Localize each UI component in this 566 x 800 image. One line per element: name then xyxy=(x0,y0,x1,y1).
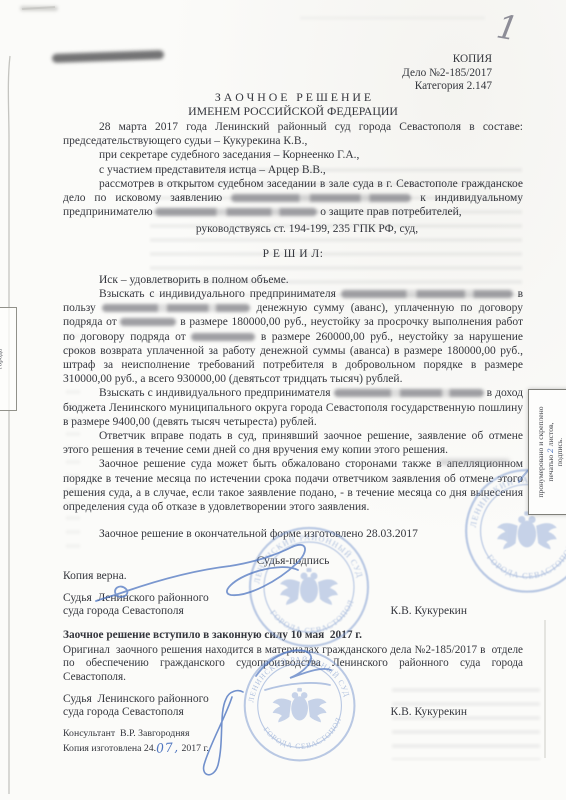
case-intro-text: о защите прав потребителей, xyxy=(320,206,461,218)
document-header: КОПИЯ Дело №2-185/2017 Категория 2.147 xyxy=(402,53,492,94)
binding-stamp-text: пронумеровано и скреплено печатью 2 лист… xyxy=(535,393,564,511)
handwritten-sheet-count: 2 xyxy=(545,448,554,453)
redacted-plaintiff-name xyxy=(102,304,250,312)
scan-smudge xyxy=(20,6,58,11)
signature-row-1: Судья Ленинского районного суда города С… xyxy=(63,592,523,618)
redacted-defendant-name xyxy=(334,389,484,397)
paragraph-defendant-right: Ответчик вправе подать в суд, принявший … xyxy=(63,429,523,457)
case-number: Дело №2-185/2017 xyxy=(402,67,492,81)
binding-stamp-word: листов, xyxy=(545,422,554,446)
judge-title: Судья Ленинского районного суда города С… xyxy=(63,592,209,618)
paragraph-court-composition: 28 марта 2017 года Ленинский районный су… xyxy=(63,120,523,148)
consultant-line: Консультант В.Р. Завгородняя xyxy=(63,728,523,741)
paragraph-appeal-procedure: Заочное решение суда может быть обжалова… xyxy=(63,457,523,514)
scanned-court-decision-page: 1 КОПИЯ Дело №2-185/2017 Категория 2.147… xyxy=(0,0,566,800)
resolution-heading: Р Е Ш И Л: xyxy=(63,247,523,261)
document-subtitle: ИМЕНЕМ РОССИЙСКОЙ ФЕДЕРАЦИИ xyxy=(63,105,523,119)
redacted-contract-date xyxy=(120,318,176,326)
document-body: 28 марта 2017 года Ленинский районный су… xyxy=(63,120,523,756)
paragraph-case-intro: рассмотрев в открытом судебном заседании… xyxy=(63,177,523,220)
judge-signature-label: Судья-подпись xyxy=(63,554,523,568)
binding-stamp-line: подпись. xyxy=(554,393,564,511)
copy-made-line: Копия изготовлена 24.07, 2017 г. xyxy=(63,741,523,756)
bleed-through-ghost-text xyxy=(300,16,485,28)
copy-correct-label: Копия верна. xyxy=(63,569,523,583)
copy-label: КОПИЯ xyxy=(402,53,492,67)
redacted-contract-date xyxy=(191,333,255,341)
binding-certification-stamp: пронумеровано и скреплено печатью 2 лист… xyxy=(528,389,566,515)
recovery-text: Взыскать с индивидуального предпринимате… xyxy=(99,288,336,300)
judge-title-line: Судья Ленинского районного xyxy=(63,693,209,706)
scan-smudge xyxy=(52,50,164,63)
binding-stamp-line: пронумеровано и скреплено xyxy=(535,393,545,511)
paragraph-representative: с участием представителя истца – Арцер В… xyxy=(63,163,523,177)
document-title: З А О Ч Н О Е Р Е Ш Е Н И Е xyxy=(63,91,523,105)
copy-made-text: 2017 г. xyxy=(181,743,208,754)
scan-smudge xyxy=(438,459,510,465)
document-title-block: З А О Ч Н О Е Р Е Ш Е Н И Е ИМЕНЕМ РОССИ… xyxy=(63,91,523,118)
paragraph-original-location: Оригинал заочного решения находится в ма… xyxy=(63,644,523,685)
entered-into-force-line: Заочное решение вступило в законную силу… xyxy=(63,628,523,642)
signature-row-2: Судья Ленинского районного суда города С… xyxy=(63,693,523,719)
paragraph-guided-by: руководствуясь ст. 194-199, 235 ГПК РФ, … xyxy=(63,222,523,236)
judge-title-line: суда города Севастополя xyxy=(63,605,209,618)
left-margin-court-stamp: Ленинский районный суд города xyxy=(0,307,17,411)
redacted-defendant-name xyxy=(341,290,513,298)
recovery-text: Взыскать с индивидуального предпринимате… xyxy=(99,387,331,399)
judge-title: Судья Ленинского районного суда города С… xyxy=(63,693,209,719)
redacted-defendant-name xyxy=(155,208,317,216)
judge-name: К.В. Кукурекин xyxy=(391,605,467,618)
copy-made-text: Копия изготовлена 24. xyxy=(63,743,156,754)
paragraph-recovery-1: Взыскать с индивидуального предпринимате… xyxy=(63,287,523,386)
judge-title-line: Судья Ленинского районного xyxy=(63,592,209,605)
handwritten-month: 07, xyxy=(156,741,180,755)
paragraph-secretary: при секретаре судебного заседания – Корн… xyxy=(63,148,523,162)
handwritten-page-number: 1 xyxy=(494,6,521,48)
paragraph-recovery-2: Взыскать с индивидуального предпринимате… xyxy=(63,386,523,429)
paragraph-final-form-date: Заочное решение в окончательной форме из… xyxy=(63,527,523,541)
redacted-plaintiff-name xyxy=(231,194,411,202)
left-margin-stamp-text: Ленинский районный суд города xyxy=(0,311,4,407)
binding-stamp-word: печатью xyxy=(545,455,554,482)
judge-name: К.В. Кукурекин xyxy=(391,706,467,719)
binding-stamp-line: печатью 2 листов, xyxy=(545,393,555,511)
judge-title-line: суда города Севастополя xyxy=(63,706,209,719)
paragraph-claim-satisfied: Иск – удовлетворить в полном объеме. xyxy=(63,273,523,287)
